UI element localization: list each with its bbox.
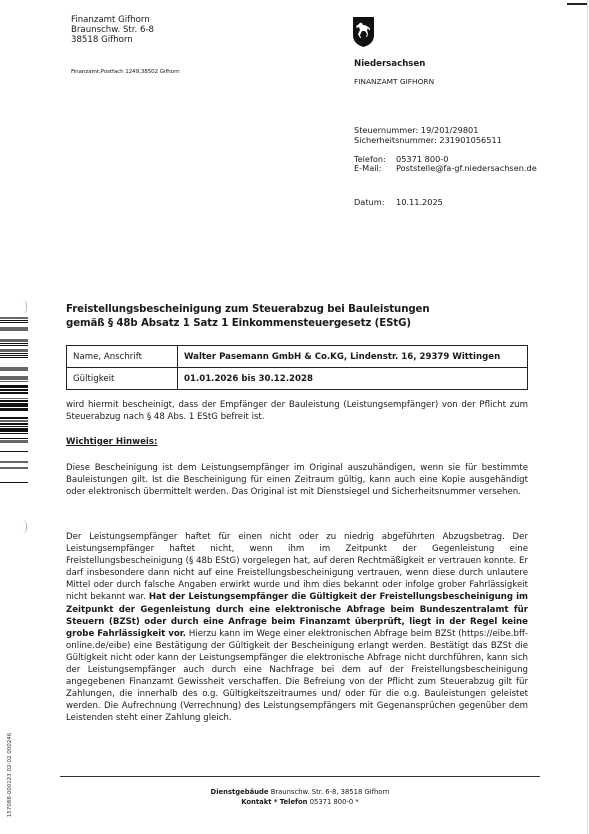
- liability-text-end: Hierzu kann im Wege einer elektronischen…: [66, 629, 528, 724]
- notice-paragraph: Diese Bescheinigung ist dem Leistungsemp…: [66, 462, 528, 498]
- return-address: Finanzamt,Postfach 1249,38502 Gifhorn: [71, 69, 180, 75]
- barcode-icon: [0, 317, 28, 487]
- title-line-1: Freistellungsbescheinigung zum Steuerabz…: [66, 303, 430, 317]
- fold-mark: [567, 0, 589, 10]
- authority-office: FINANZAMT GIFHORN: [354, 77, 434, 86]
- email-row: E-Mail:Poststelle@fa-gf.niedersachsen.de: [354, 164, 537, 174]
- title-line-2: gemäß § 48b Absatz 1 Satz 1 Einkommenste…: [66, 317, 430, 331]
- info-block: Steuernummer: 19/201/29801 Sicherheitsnu…: [354, 126, 537, 174]
- footer: Dienstgebäude Braunschw. Str. 6-8, 38518…: [60, 788, 540, 807]
- authority-state: Niedersachsen: [354, 59, 425, 69]
- date: 10.11.2025: [396, 197, 443, 207]
- security-number: 231901056511: [439, 136, 502, 146]
- date-label: Datum:: [354, 197, 396, 207]
- footer-contact: Kontakt * Telefon 05371 800-0 *: [60, 798, 540, 808]
- lower-saxony-crest-icon: [353, 17, 374, 47]
- exemption-statement: wird hiermit bescheinigt, dass der Empfä…: [66, 399, 528, 423]
- liability-paragraph: Der Leistungsempfänger haftet für einen …: [66, 531, 528, 725]
- punch-mark: [22, 300, 27, 314]
- table-label: Gültigkeit: [67, 368, 178, 390]
- date-row: Datum:10.11.2025: [354, 197, 443, 207]
- email: Poststelle@fa-gf.niedersachsen.de: [396, 164, 537, 174]
- table-row: Name, Anschrift Walter Pasemann GmbH & C…: [67, 346, 528, 368]
- notice-heading: Wichtiger Hinweis:: [66, 437, 157, 447]
- security-number-label: Sicherheitsnummer:: [354, 136, 437, 146]
- sender-name: Finanzamt Gifhorn: [71, 15, 154, 25]
- security-number-row: Sicherheitsnummer: 231901056511: [354, 136, 537, 146]
- table-value: 01.01.2026 bis 30.12.2028: [178, 368, 528, 390]
- table-label: Name, Anschrift: [67, 346, 178, 368]
- footer-divider: [60, 776, 540, 777]
- footer-building: Dienstgebäude Braunschw. Str. 6-8, 38518…: [60, 788, 540, 798]
- sender-city: 38518 Gifhorn: [71, 35, 154, 45]
- table-row: Gültigkeit 01.01.2026 bis 30.12.2028: [67, 368, 528, 390]
- scan-id: 157088-000123 02-02 000246: [2, 730, 12, 830]
- punch-mark: [22, 520, 27, 534]
- document-title: Freistellungsbescheinigung zum Steuerabz…: [66, 303, 430, 330]
- sender-address: Finanzamt Gifhorn Braunschw. Str. 6-8 38…: [71, 15, 154, 45]
- email-label: E-Mail:: [354, 164, 396, 174]
- sender-street: Braunschw. Str. 6-8: [71, 25, 154, 35]
- page-edge: [587, 0, 588, 834]
- table-value: Walter Pasemann GmbH & Co.KG, Lindenstr.…: [178, 346, 528, 368]
- certificate-table: Name, Anschrift Walter Pasemann GmbH & C…: [66, 345, 528, 390]
